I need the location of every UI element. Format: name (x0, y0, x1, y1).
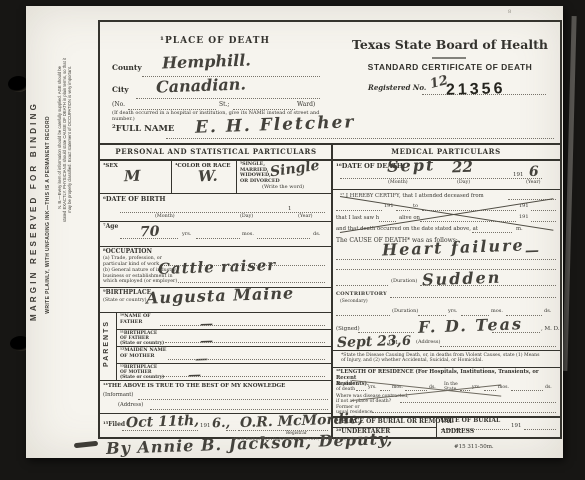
duration2-caption: (Duration) (392, 309, 418, 315)
rule (100, 380, 332, 381)
occupation-handwriting: Cattle raiser (158, 258, 277, 277)
signature-address-caption: (Address) (416, 340, 440, 346)
dotted-line (492, 332, 540, 333)
personal-section-title: PERSONAL AND STATISTICAL PARTICULARS (100, 148, 332, 156)
page-edge-sliver (562, 16, 576, 371)
filed-preprinted-year: 191 (200, 423, 211, 429)
dotted-line (531, 221, 556, 222)
county-label: County (112, 64, 142, 73)
scanned-death-certificate: { "paper": { "page_mark": "8", "margin":… (0, 0, 585, 480)
certificate-paper: MARGIN RESERVED FOR BINDING WRITE PLAINL… (26, 6, 563, 458)
city-label: City (112, 86, 129, 95)
certify-statement-2: that I last saw h (336, 215, 379, 221)
death-year-handwriting: 6 (529, 165, 539, 179)
rule (100, 246, 332, 247)
marital-note: (Write the word) (262, 185, 304, 191)
page-mark: 8 (508, 10, 511, 16)
cause-trailing-dash: — (525, 244, 539, 258)
dotted-line (472, 232, 512, 233)
dotted-line (340, 178, 542, 179)
filed-date-handwriting: Oct 11th, (126, 414, 200, 431)
dob-preprinted-1: 1 (288, 206, 292, 212)
certificate-form: ¹PLACE OF DEATH County Hemphill. City Ca… (98, 20, 562, 439)
dotted-line (178, 282, 325, 283)
place-of-burial-label: ¹⁹PLACE OF BURIAL OR REMOVAL (336, 419, 453, 426)
color-race-handwriting: W. (198, 169, 218, 185)
parents-side-label: PARENTS (103, 320, 110, 367)
dod-day-caption: (Day) (457, 180, 470, 186)
secondary-caption: (Secondary) (340, 299, 368, 304)
dotted-line (356, 390, 366, 391)
dob-month-caption: (Month) (155, 214, 175, 220)
duration2-mos-caption: mos. (491, 309, 503, 315)
filed-year-handwriting: 6., (212, 417, 231, 431)
dotted-line (511, 390, 543, 391)
informant-label: (Informant) (103, 393, 133, 399)
dotted-line (168, 359, 325, 360)
dod-month-caption: (Month) (388, 180, 408, 186)
place-of-death-title: ¹PLACE OF DEATH (130, 36, 300, 46)
cause-of-death-handwriting: Heart failure (382, 238, 525, 259)
birthplace-handwriting: Augusta Maine (146, 285, 295, 306)
dob-day-caption: (Day) (240, 214, 253, 220)
date-of-burial-label: DATE OF BURIAL (441, 418, 500, 425)
dotted-line (120, 212, 325, 213)
burial-preprinted-year: 191 (511, 423, 522, 429)
dotted-line (166, 138, 554, 139)
father-name-label: ¹⁰NAME OF FATHER (120, 314, 151, 325)
birthplace-label: ⁹BIRTHPLACE (103, 290, 151, 297)
dotted-line (420, 285, 556, 286)
full-name-handwriting: E. H. Fletcher (195, 114, 356, 137)
death-month-handwriting: Sept (387, 157, 436, 175)
occupation-label: ⁸OCCUPATION (103, 249, 152, 256)
father-birthplace-label: ¹¹BIRTHPLACE OF FATHER (State or country… (120, 331, 164, 346)
county-handwriting: Hemphill. (162, 52, 251, 71)
cell-divider (236, 161, 237, 193)
occupation-a-caption: (a) Trade, profession, or particular kin… (103, 256, 162, 267)
dotted-line (400, 402, 556, 403)
sex-handwriting: M (124, 169, 141, 185)
dotted-line (372, 412, 556, 413)
dod-preprinted-year: 191 (513, 172, 524, 178)
print-code: #15 311-50m. (454, 444, 494, 450)
column-divider (331, 143, 333, 437)
mother-birthplace-label: ¹³BIRTHPLACE OF MOTHER (State or country… (120, 365, 164, 380)
printer-imprint: VON BOECKMANN-JONES COMPANY, PRINTERS, A… (234, 437, 366, 442)
dotted-line (138, 399, 328, 400)
ward-label: Ward) (297, 102, 315, 109)
dotted-line (484, 390, 496, 391)
dotted-line (379, 221, 396, 222)
dob-year-caption: (Year) (298, 214, 312, 220)
title-flourish (432, 57, 466, 59)
rule (116, 329, 332, 330)
dotted-line (136, 98, 320, 99)
md-caption: , M. D. (541, 326, 560, 332)
age-yrs-caption: yrs. (182, 232, 191, 238)
dotted-line (390, 297, 556, 298)
contributory-label: CONTRIBUTORY (336, 292, 387, 298)
age-mos-caption: mos. (242, 232, 254, 238)
certificate-title: STANDARD CERTIFICATE OF DEATH (340, 63, 560, 73)
death-day-handwriting: 22 (452, 160, 473, 176)
dotted-line (336, 259, 556, 260)
dotted-line (165, 342, 325, 343)
duration2-yrs-caption: yrs. (448, 309, 457, 315)
residence-at-place-caption: At place of death (336, 382, 355, 393)
dotted-line (336, 210, 382, 211)
signature-year-handwriting: 6 (402, 335, 411, 348)
registered-number-stamp: 21356 (446, 80, 506, 100)
full-name-label: ²FULL NAME (112, 125, 174, 135)
age-label: ⁷Age (103, 224, 118, 231)
signed-caption: (Signed) (336, 326, 360, 332)
dotted-line (196, 238, 240, 239)
dotted-line (120, 238, 178, 239)
rule (116, 363, 332, 364)
cause-footnote: *State the Disease Causing Death, or, in… (341, 353, 557, 364)
dotted-line (160, 325, 325, 326)
filed-label: ¹⁵Filed (103, 422, 125, 429)
city-handwriting: Canadian. (156, 76, 246, 95)
rule (332, 350, 560, 351)
cell-divider (171, 161, 172, 193)
mother-name-label: ¹²MAIDEN NAME OF MOTHER (120, 348, 166, 359)
dotted-line (336, 315, 390, 316)
rule (100, 159, 560, 161)
undertaker-address-label: ADDRESS (441, 429, 474, 436)
certify-statement-1: ¹⁷ I HEREBY CERTIFY, that I attended dec… (340, 193, 484, 199)
margin-binding-text: MARGIN RESERVED FOR BINDING (29, 101, 38, 321)
dod-year-caption: (Year) (526, 180, 540, 186)
st-label: St.; (219, 102, 229, 109)
duration2-ds-caption: ds. (544, 309, 551, 315)
residence-former-caption: Former or usual residence (336, 405, 373, 416)
ink-mark (74, 441, 98, 448)
board-title: Texas State Board of Health (340, 38, 560, 52)
heavy-rule (100, 143, 560, 145)
certify-year-2: 191 (519, 204, 529, 210)
no-label: (No. (112, 102, 125, 109)
dotted-line (122, 430, 198, 431)
dotted-line (531, 210, 556, 211)
rule (100, 221, 332, 222)
certify-year-3: 191 (519, 215, 529, 221)
informant-address-label: (Address) (118, 403, 143, 409)
dotted-line (226, 430, 236, 431)
dotted-line (440, 346, 556, 347)
sex-label: ³SEX (103, 163, 118, 169)
attest-statement: ¹⁴THE ABOVE IS TRUE TO THE BEST OF MY KN… (103, 383, 285, 389)
margin-permanent-text: WRITE PLAINLY, WITH UNFADING INK—THIS IS… (45, 116, 51, 314)
rule (332, 189, 560, 190)
dotted-line (162, 376, 325, 377)
dotted-line (336, 285, 388, 286)
dotted-line (396, 210, 410, 211)
medical-section-title: MEDICAL PARTICULARS (332, 148, 560, 156)
date-of-birth-label: ⁶DATE OF BIRTH (103, 196, 166, 203)
age-ds-caption: ds. (313, 232, 320, 238)
margin-nb-line3: may be properly classified. Exact statem… (67, 66, 72, 213)
dotted-line (405, 390, 427, 391)
dotted-line (524, 429, 556, 430)
dotted-line (257, 238, 310, 239)
res-ds2-caption: ds. (545, 385, 552, 390)
res-yrs1-caption: yrs. (368, 385, 377, 390)
dotted-line (150, 409, 328, 410)
duration-caption: (Duration) (391, 279, 417, 285)
dotted-line (418, 315, 446, 316)
rule (100, 193, 332, 194)
certify-m: m. (516, 226, 523, 232)
dotted-line (380, 390, 390, 391)
birthplace-note: (State or country) (103, 298, 147, 304)
signature-preprinted-year: 191 (388, 340, 399, 346)
registered-label: Registered No. (368, 84, 426, 92)
